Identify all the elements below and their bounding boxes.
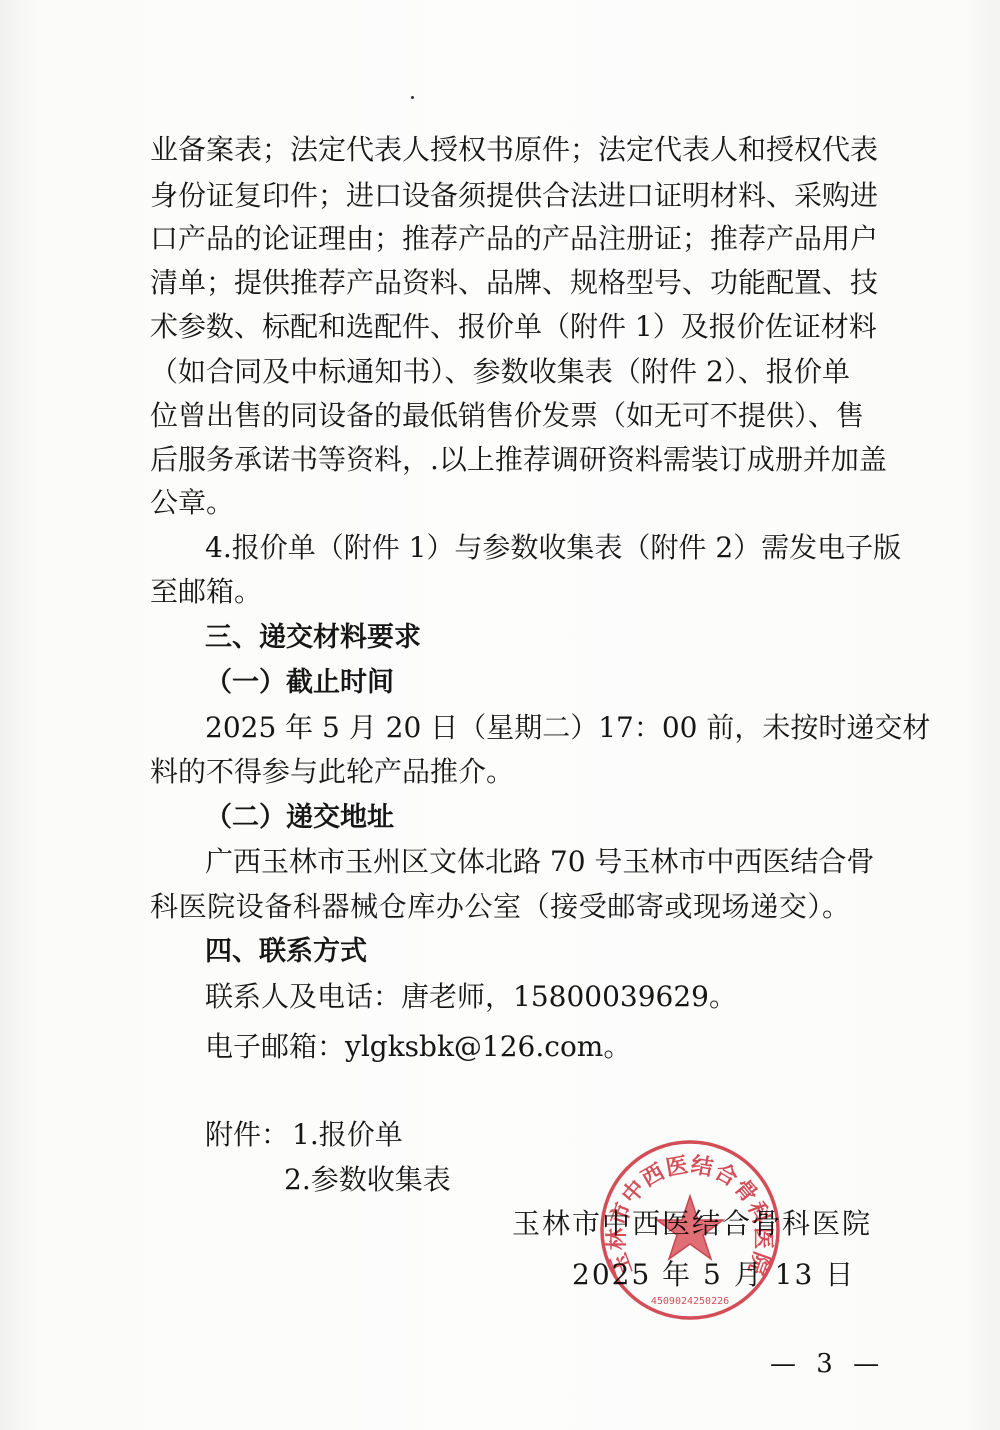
page-number: — 3 — bbox=[770, 1346, 885, 1382]
address-text: 科医院设备科器械仓库办公室（接受邮寄或现场递交）。 bbox=[150, 887, 850, 927]
address-text: 广西玉林市玉州区文体北路 70 号玉林市中西医结合骨 bbox=[205, 842, 850, 882]
contact-email: 电子邮箱：ylgksbk@126.com。 bbox=[205, 1027, 850, 1067]
subsection-address-heading: （二）递交地址 bbox=[205, 798, 850, 838]
body-line: 术参数、标配和选配件、报价单（附件 1）及报价佐证材料 bbox=[150, 307, 850, 347]
body-line: 清单；提供推荐产品资料、品牌、规格型号、功能配置、技 bbox=[150, 263, 850, 303]
body-line: （如合同及中标通知书）、参数收集表（附件 2）、报价单 bbox=[150, 352, 850, 392]
section-4-heading: 四、联系方式 bbox=[205, 932, 850, 972]
item-4-line: 4.报价单（附件 1）与参数收集表（附件 2）需发电子版 bbox=[205, 528, 850, 568]
contact-phone: 联系人及电话：唐老师，15800039629。 bbox=[205, 977, 850, 1017]
body-line: 公章。 bbox=[150, 483, 850, 523]
body-line: 后服务承诺书等资料，.以上推荐调研资料需装订成册并加盖 bbox=[150, 440, 850, 480]
seal-star-icon bbox=[657, 1196, 723, 1259]
attachment-item: 2.参数收集表 bbox=[284, 1160, 451, 1200]
attachments-label: 附件： bbox=[205, 1115, 289, 1155]
section-3-heading: 三、递交材料要求 bbox=[205, 618, 850, 658]
deadline-text: 料的不得参与此轮产品推介。 bbox=[150, 752, 850, 792]
attachment-item: 1.报价单 bbox=[292, 1115, 403, 1155]
official-seal-stamp: 玉林市中西医结合骨科医院 4509024250226 bbox=[598, 1138, 782, 1322]
item-4-line: 至邮箱。 bbox=[150, 572, 850, 612]
subsection-deadline-heading: （一）截止时间 bbox=[205, 663, 850, 703]
body-line: 身份证复印件；进口设备须提供合法进口证明材料、采购进 bbox=[150, 176, 850, 216]
body-line: 业备案表；法定代表人授权书原件；法定代表人和授权代表 bbox=[150, 130, 850, 170]
scan-speck bbox=[411, 96, 414, 99]
deadline-text: 2025 年 5 月 20 日（星期二）17：00 前，未按时递交材 bbox=[205, 708, 850, 748]
body-line: 口产品的论证理由；推荐产品的产品注册证；推荐产品用户 bbox=[150, 219, 850, 259]
seal-code: 4509024250226 bbox=[651, 1296, 729, 1307]
body-line: 位曾出售的同设备的最低销售价发票（如无可不提供）、售 bbox=[150, 396, 850, 436]
